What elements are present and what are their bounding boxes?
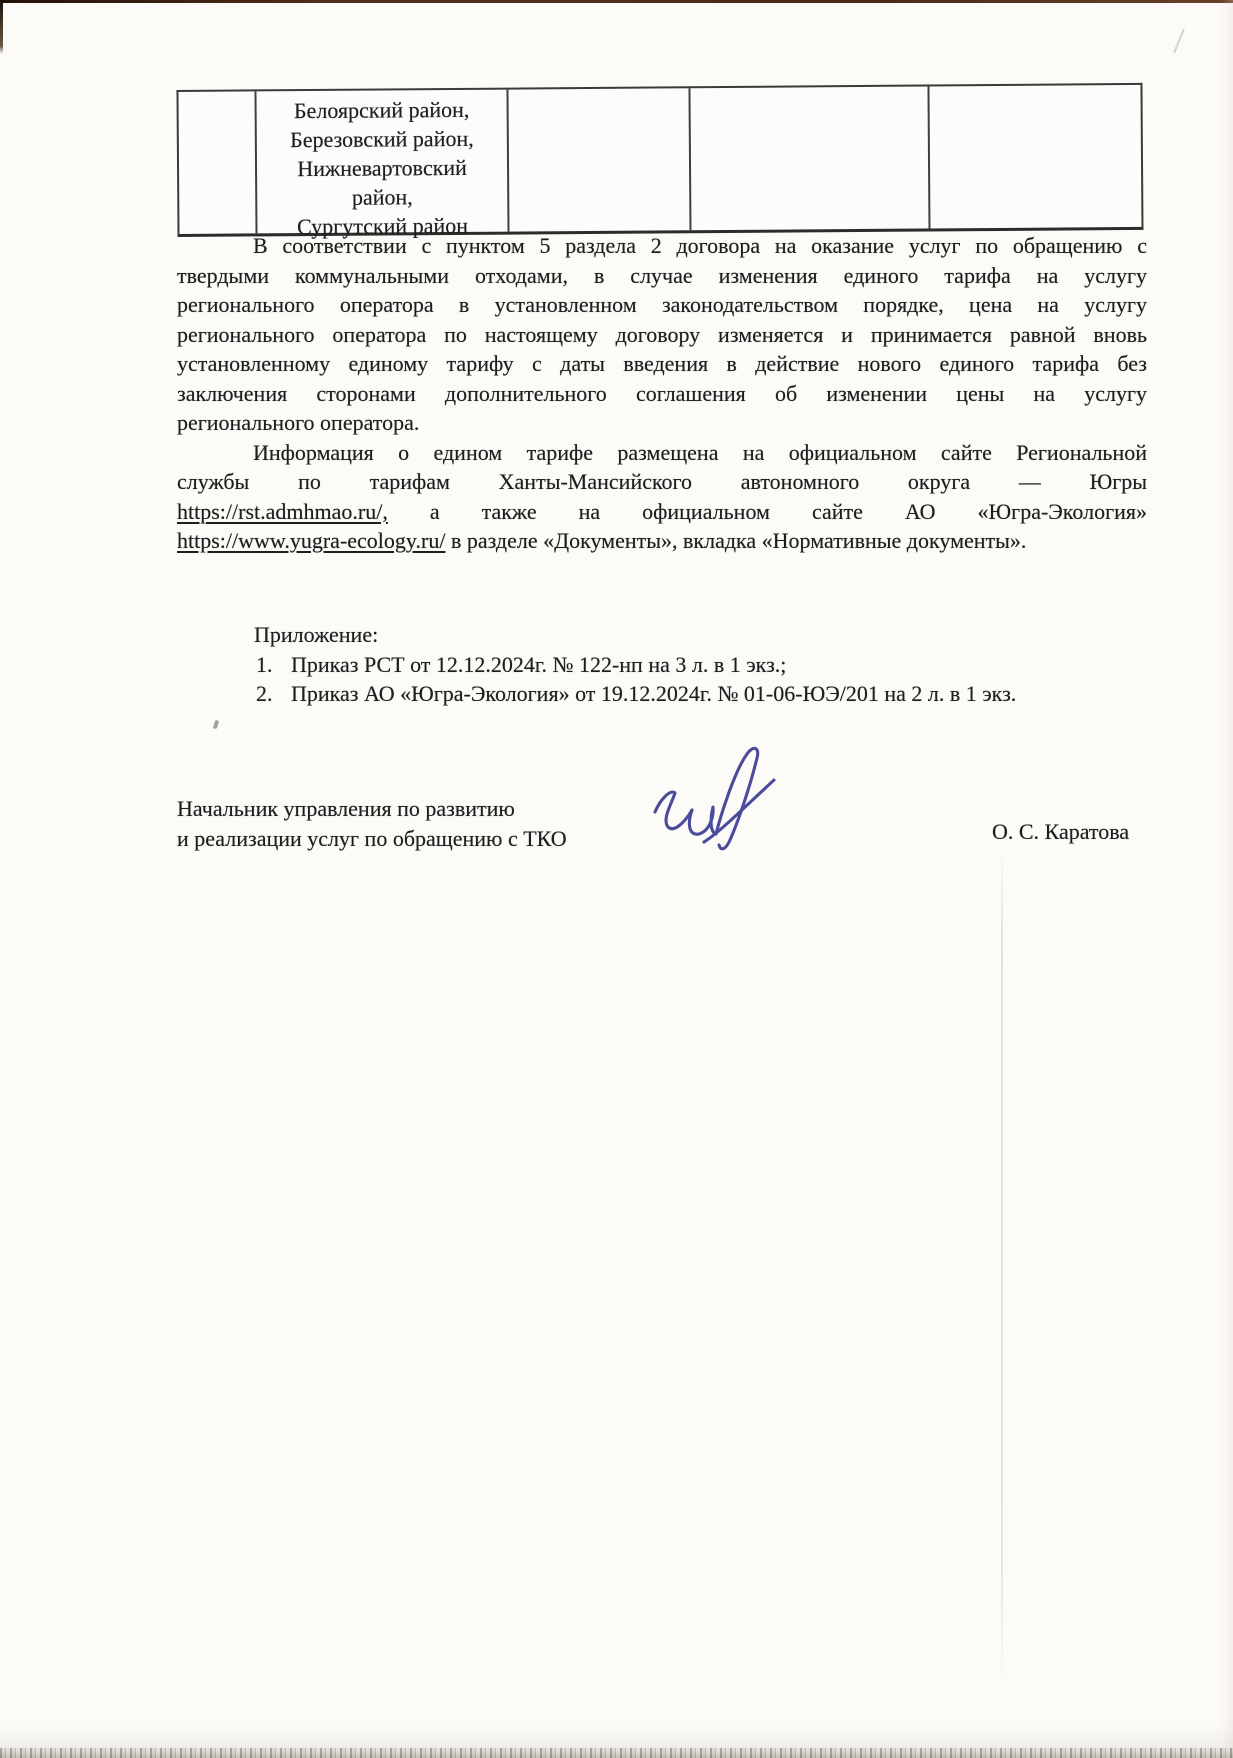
attachment-item-text: Приказ РСТ от 12.12.2024г. № 122-нп на 3…: [291, 650, 786, 680]
paragraph-text: регионального оператора в установленном …: [177, 292, 1147, 317]
scan-edge-bottom-artifact: [0, 1748, 1233, 1758]
paragraph-line: В соответствии с пунктом 5 раздела 2 дог…: [177, 231, 1147, 261]
scan-edge-left-artifact: [0, 0, 3, 54]
paragraph-text: В соответствии с пунктом 5 раздела 2 дог…: [253, 233, 1147, 258]
paragraph-line: службы по тарифам Ханты-Мансийского авто…: [177, 467, 1147, 497]
paragraph-text: службы по тарифам Ханты-Мансийского авто…: [177, 469, 1147, 494]
paragraph-line: регионального оператора по настоящему до…: [177, 320, 1147, 350]
scan-edge-top-artifact: [0, 0, 1233, 3]
scan-scratch: [1173, 29, 1185, 54]
table-cell-line: Белоярский район,: [256, 95, 507, 126]
paragraph-text: установленному единому тарифу с даты вве…: [177, 351, 1147, 376]
paragraph-line: заключения сторонами дополнительного сог…: [177, 379, 1147, 409]
attachments-section: Приложение: 1.Приказ РСТ от 12.12.2024г.…: [177, 620, 1147, 709]
paragraph-text: в разделе «Документы», вкладка «Норматив…: [445, 528, 1026, 553]
paragraph-line: https://rst.admhmao.ru/, а также на офиц…: [177, 497, 1147, 527]
attachment-item: 1.Приказ РСТ от 12.12.2024г. № 122-нп на…: [256, 650, 1147, 680]
document-page: Белоярский район,Березовский район,Нижне…: [0, 0, 1233, 1758]
table-cell-empty-2: [509, 88, 692, 231]
signer-name: О. С. Каратова: [992, 817, 1129, 847]
attachment-item-number: 2.: [256, 679, 291, 709]
letter-body: В соответствии с пунктом 5 раздела 2 дог…: [177, 231, 1147, 556]
attachments-list: 1.Приказ РСТ от 12.12.2024г. № 122-нп на…: [177, 650, 1147, 709]
paragraph-line: установленному единому тарифу с даты вве…: [177, 349, 1147, 379]
table-cell-empty-1: [178, 91, 257, 234]
paragraph-line: регионального оператора.: [177, 408, 1147, 438]
paragraph-text: твердыми коммунальными отходами, в случа…: [177, 263, 1147, 288]
paragraph-line: https://www.yugra-ecology.ru/ в разделе …: [177, 526, 1147, 556]
paper-crease-line: [1001, 845, 1003, 1690]
table-cell-line: Нижневартовский: [257, 153, 508, 184]
paragraph-text: регионального оператора по настоящему до…: [177, 322, 1147, 347]
table-cell-line: Березовский район,: [257, 124, 508, 155]
paragraph-text: а также на официальном сайте АО «Югра-Эк…: [388, 499, 1147, 524]
paragraph-line: регионального оператора в установленном …: [177, 290, 1147, 320]
table-cell-line: район,: [257, 182, 508, 213]
scan-edge-right-tint: [1221, 0, 1233, 1758]
table-cell-empty-4: [930, 85, 1142, 229]
scan-speck: [213, 720, 220, 730]
attachment-item-number: 1.: [256, 650, 291, 680]
paragraph-line: Информация о едином тарифе размещена на …: [177, 438, 1147, 468]
attachment-item-text: Приказ АО «Югра-Экология» от 19.12.2024г…: [291, 679, 1016, 709]
table-cell-municipalities: Белоярский район,Березовский район,Нижне…: [256, 90, 510, 234]
url-link[interactable]: https://rst.admhmao.ru/,: [177, 499, 388, 524]
handwritten-signature: [648, 742, 788, 860]
scan-bottom-fade: [0, 1723, 1233, 1749]
paragraph-text: Информация о едином тарифе размещена на …: [253, 440, 1147, 465]
tariff-table-fragment: Белоярский район,Березовский район,Нижне…: [176, 83, 1143, 237]
paragraph-text: регионального оператора.: [177, 410, 419, 435]
paragraph-text: заключения сторонами дополнительного сог…: [177, 381, 1147, 406]
attachment-item: 2.Приказ АО «Югра-Экология» от 19.12.202…: [256, 679, 1147, 709]
paragraph-line: твердыми коммунальными отходами, в случа…: [177, 261, 1147, 291]
attachments-heading: Приложение:: [254, 620, 1147, 650]
url-link[interactable]: https://www.yugra-ecology.ru/: [177, 528, 445, 553]
table-cell-empty-3: [690, 86, 931, 230]
